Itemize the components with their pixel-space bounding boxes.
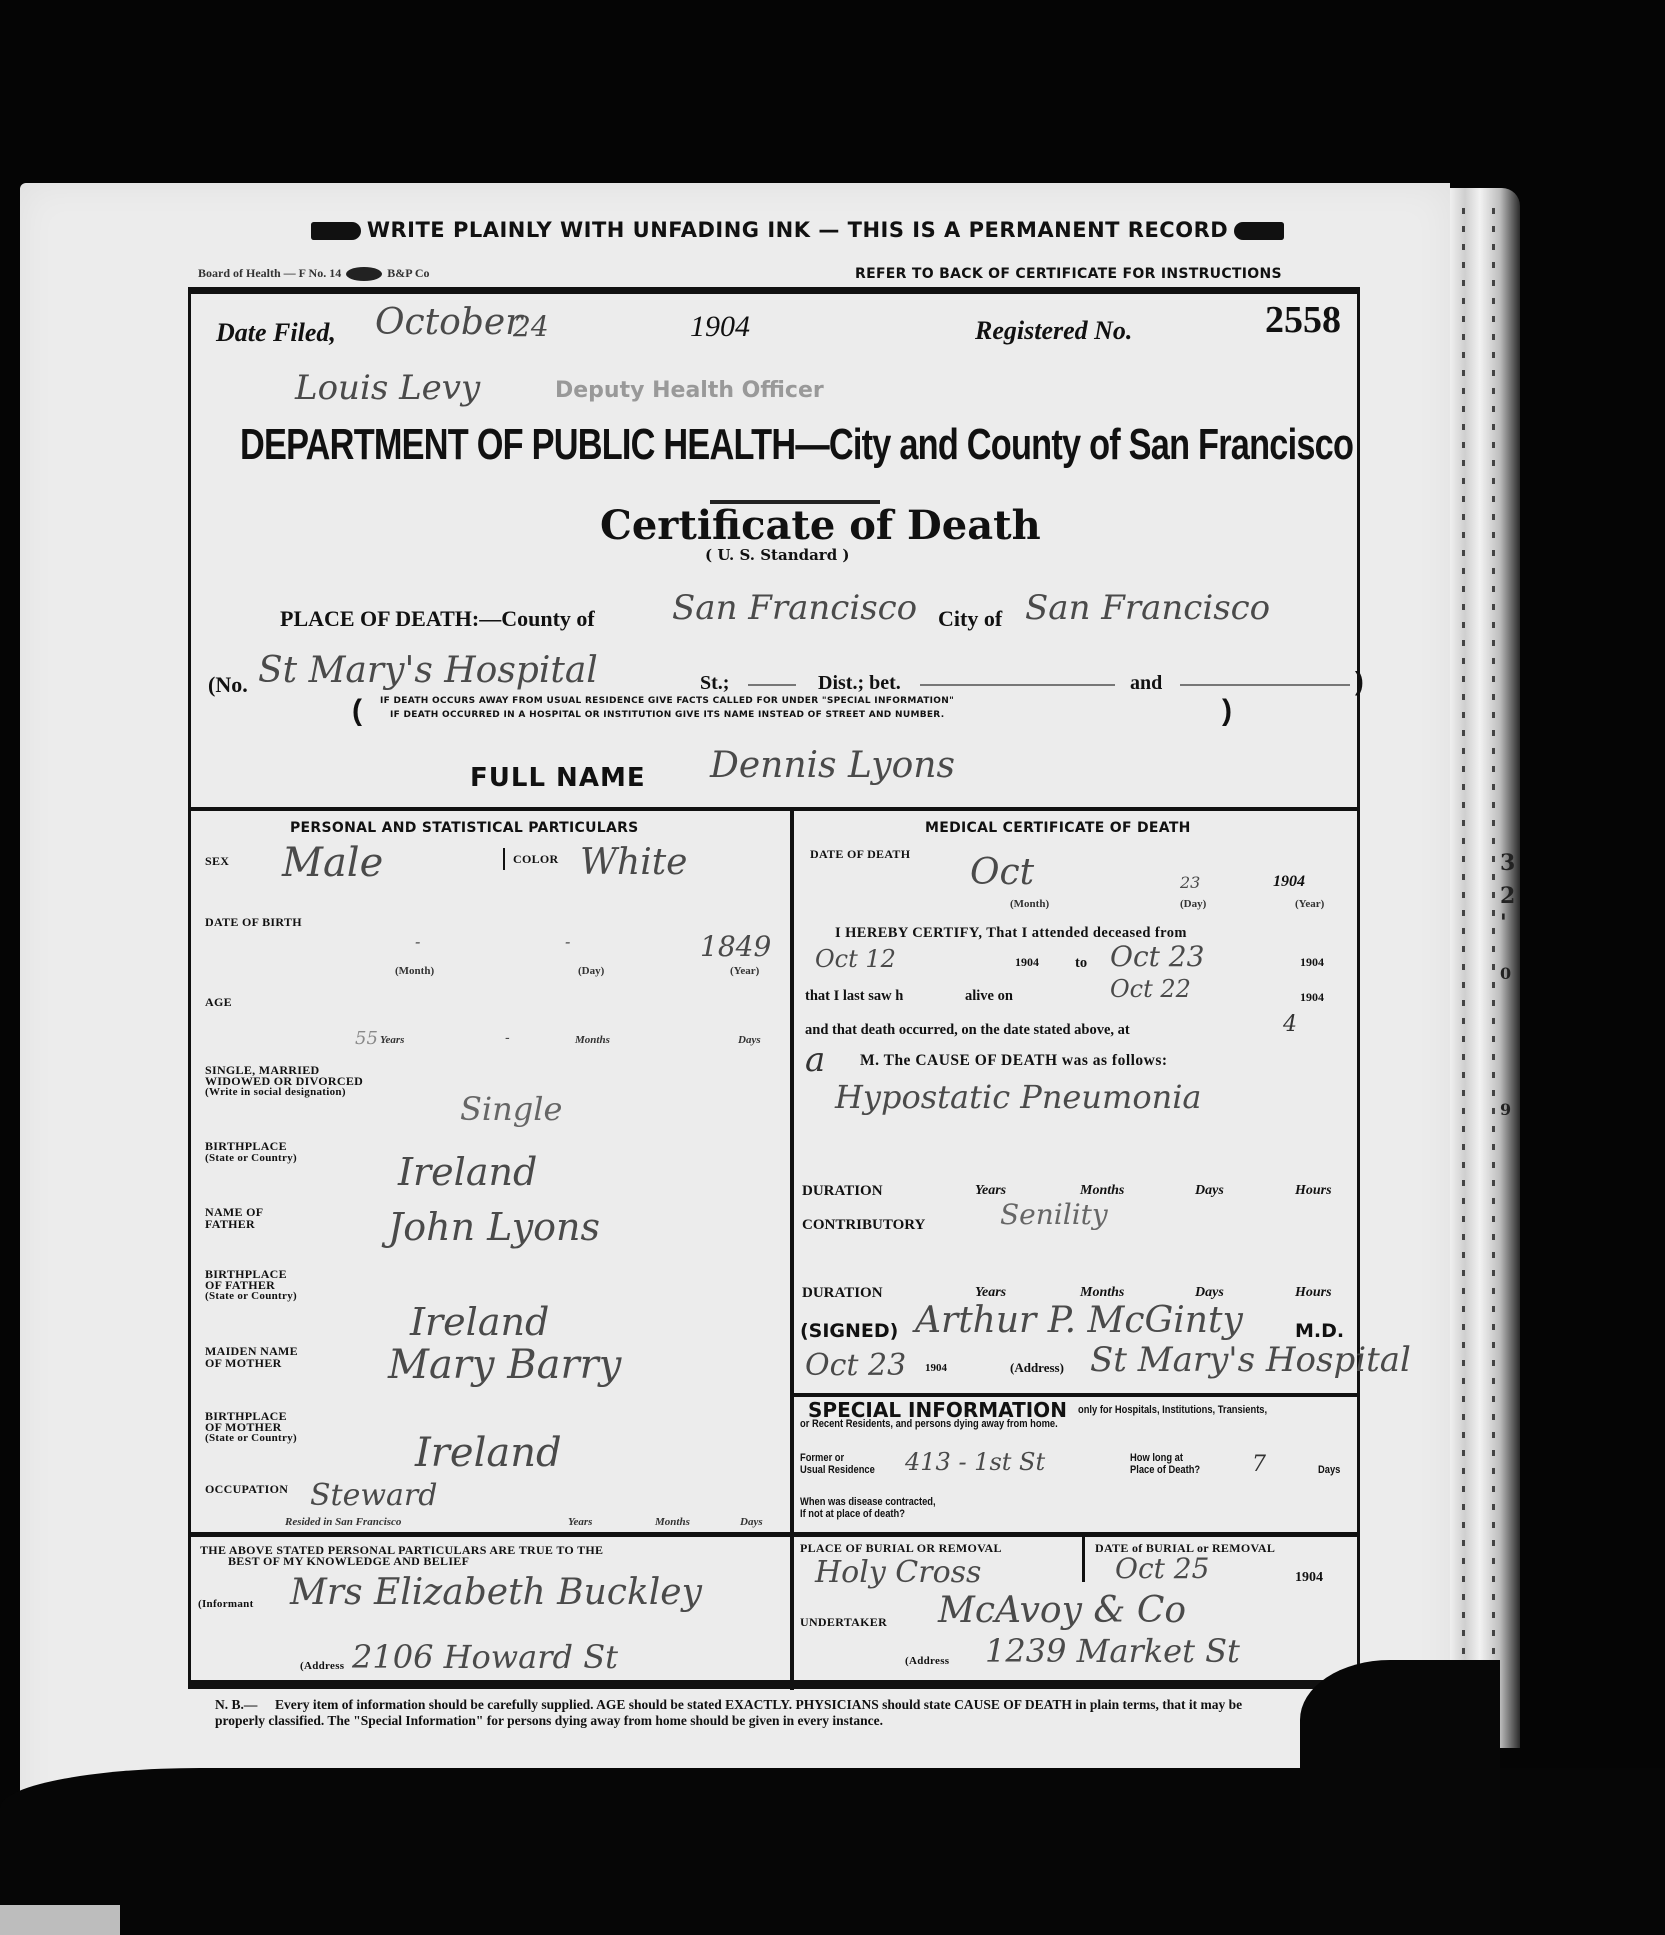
sex-value: Male (282, 840, 383, 886)
residence-label: Former or (800, 1452, 844, 1464)
duration-years-label: Years (975, 1285, 1006, 1301)
instructions-reference: REFER TO BACK OF CERTIFICATE FOR INSTRUC… (855, 266, 1282, 282)
page-edge-mark: 9 (1500, 1100, 1511, 1119)
last-saw-date: Oct 22 (1110, 975, 1191, 1003)
residence-label: Usual Residence (800, 1464, 875, 1476)
undertaker-label: UNDERTAKER (800, 1616, 887, 1628)
personal-section-title: PERSONAL AND STATISTICAL PARTICULARS (290, 820, 639, 836)
date-of-death-year: 1904 (1273, 873, 1305, 891)
duration-days-label: Days (1195, 1183, 1224, 1199)
duration-label: DURATION (802, 1285, 883, 1302)
attended-to-date: Oct 23 (1110, 940, 1204, 973)
father-birthplace-value: Ireland (410, 1300, 549, 1344)
cause-of-death-label: M. The CAUSE OF DEATH was as follows: (860, 1052, 1168, 1070)
blank-line (920, 684, 1115, 686)
time-of-death-hour: 4 (1283, 1012, 1297, 1037)
birthplace-label: BIRTHPLACE (205, 1140, 287, 1152)
age-months-label: Months (575, 1034, 610, 1046)
nb-text: Every item of information should be care… (215, 1697, 1242, 1728)
former-residence: 413 - 1st St (905, 1448, 1045, 1476)
officer-title: Deputy Health Officer (555, 378, 824, 403)
city-label: City of (938, 606, 1002, 632)
duration-hours-label: Hours (1295, 1183, 1332, 1199)
how-long-unit: Days (1318, 1464, 1340, 1476)
age-years-label: Years (380, 1034, 404, 1046)
department-title: DEPARTMENT OF PUBLIC HEALTH—City and Cou… (240, 420, 1353, 470)
dob-year-label: (Year) (730, 965, 759, 977)
age-label: AGE (205, 996, 232, 1008)
dob-day: - (565, 932, 570, 951)
note-close-paren: ) (1222, 694, 1232, 728)
full-name-label: FULL NAME (470, 763, 646, 793)
cause-of-death: Hypostatic Pneumonia (835, 1078, 1202, 1116)
page-edge-mark: 3 (1500, 850, 1515, 876)
medical-section-title: MEDICAL CERTIFICATE OF DEATH (925, 820, 1191, 836)
father-name-value: John Lyons (388, 1205, 600, 1249)
registered-no-label: Registered No. (975, 316, 1132, 346)
occupation-value: Steward (310, 1478, 437, 1513)
page-edge-mark: ' (1500, 910, 1507, 936)
burial-place-label: PLACE OF BURIAL OR REMOVAL (800, 1542, 1002, 1554)
informant-statement: BEST OF MY KNOWLEDGE AND BELIEF (228, 1555, 469, 1567)
union-label-seal-icon (346, 267, 382, 281)
officer-signature: Louis Levy (295, 368, 480, 408)
informant-divider (188, 1532, 792, 1537)
md-label: M.D. (1295, 1320, 1344, 1342)
color-label: COLOR (513, 853, 559, 865)
nb-prefix: N. B.— (215, 1697, 275, 1713)
page-edge-mark: 2 (1500, 883, 1515, 909)
age-months: - (505, 1030, 510, 1046)
nota-bene-footer: N. B.—Every item of information should b… (215, 1697, 1275, 1729)
street-label: St.; (700, 672, 729, 695)
column-divider (790, 810, 794, 1690)
mother-name-label: OF MOTHER (205, 1357, 282, 1369)
attended-from-date: Oct 12 (815, 945, 896, 973)
age-years: 55 (355, 1028, 378, 1049)
last-saw-year: 1904 (1300, 990, 1324, 1005)
how-long-label: Place of Death? (1130, 1464, 1200, 1476)
banner-text: WRITE PLAINLY WITH UNFADING INK — THIS I… (367, 218, 1228, 242)
contracted-label: When was disease contracted, (800, 1496, 936, 1508)
resided-label: Resided in San Francisco (285, 1516, 401, 1528)
birthplace-value: Ireland (398, 1150, 537, 1194)
contributory-cause: Senility (1000, 1198, 1108, 1231)
special-info-subtitle: only for Hospitals, Institutions, Transi… (1078, 1404, 1267, 1416)
undertaker-name: McAvoy & Co (938, 1590, 1186, 1631)
informant-address: 2106 Howard St (352, 1638, 618, 1676)
physician-address: St Mary's Hospital (1090, 1340, 1411, 1380)
dob-day-label: (Day) (578, 965, 604, 977)
certificate-standard: ( U. S. Standard ) (705, 546, 850, 564)
place-note-line1: IF DEATH OCCURS AWAY FROM USUAL RESIDENC… (380, 696, 954, 706)
special-info-divider (792, 1393, 1360, 1397)
resided-months-label: Months (655, 1516, 690, 1528)
dob-year: 1849 (700, 930, 771, 963)
time-of-death-ampm: a (805, 1040, 825, 1080)
scanner-thumb-shadow (1300, 1660, 1500, 1935)
informant-address-label: (Address (300, 1660, 344, 1672)
printer-mark: B&P Co (387, 266, 429, 280)
marital-value: Single (460, 1090, 562, 1128)
attended-from-year: 1904 (1015, 955, 1039, 970)
date-of-death-label: DATE OF DEATH (810, 848, 910, 860)
signed-date: Oct 23 (805, 1348, 906, 1383)
burial-column-divider (1082, 1537, 1085, 1582)
physician-signature: Arthur P. McGinty (915, 1300, 1243, 1341)
attended-to-year: 1904 (1300, 955, 1324, 970)
father-birthplace-label-hint: (State or Country) (205, 1290, 297, 1302)
signed-year: 1904 (925, 1362, 947, 1374)
place-of-death-label: PLACE OF DEATH:—County of (280, 606, 595, 632)
section-divider (188, 807, 1360, 811)
date-filed-year: 1904 (690, 310, 750, 344)
birthplace-label-hint: (State or Country) (205, 1152, 297, 1164)
form-number: Board of Health — F No. 14 (198, 266, 341, 280)
date-filed-month: October (375, 302, 522, 343)
dod-year-label: (Year) (1295, 898, 1324, 910)
father-name-label: FATHER (205, 1218, 255, 1230)
burial-place: Holy Cross (815, 1555, 981, 1590)
pointing-hand-icon (1234, 222, 1284, 240)
page-edge-line (1462, 208, 1465, 1748)
date-filed-day: 24 (513, 310, 549, 343)
occupation-label: OCCUPATION (205, 1483, 288, 1495)
informant-name: Mrs Elizabeth Buckley (290, 1572, 702, 1613)
district-label: Dist.; bet. (818, 672, 901, 695)
last-saw-suffix: alive on (965, 988, 1013, 1005)
registered-no: 2558 (1265, 298, 1341, 342)
to-label: to (1075, 955, 1087, 972)
and-label: and (1130, 672, 1162, 695)
blank-line (748, 684, 796, 686)
place-note-line2: IF DEATH OCCURRED IN A HOSPITAL OR INSTI… (390, 710, 944, 720)
dob-month-label: (Month) (395, 965, 434, 977)
burial-year: 1904 (1295, 1570, 1323, 1586)
mother-birthplace-label-hint: (State or Country) (205, 1432, 297, 1444)
contributory-label: CONTRIBUTORY (802, 1217, 925, 1234)
dob-month: - (415, 932, 420, 951)
color-value: White (580, 842, 687, 883)
duration-label: DURATION (802, 1183, 883, 1200)
date-of-death-day: 23 (1180, 873, 1200, 892)
special-info-subtitle: or Recent Residents, and persons dying a… (800, 1418, 1058, 1430)
how-long-label: How long at (1130, 1452, 1183, 1464)
place-of-death-institution: St Mary's Hospital (258, 650, 598, 691)
certificate-title: Certificate of Death (600, 502, 1041, 549)
undertaker-address: 1239 Market St (985, 1632, 1240, 1670)
full-name-value: Dennis Lyons (710, 745, 955, 786)
place-of-death-city: San Francisco (1025, 588, 1270, 628)
field-separator (503, 848, 505, 870)
marital-label-hint: (Write in social designation) (205, 1086, 346, 1098)
informant-label: (Informant (198, 1598, 254, 1610)
death-occurred-statement: and that death occurred, on the date sta… (805, 1022, 1130, 1039)
form-id: Board of Health — F No. 14 B&P Co (198, 266, 430, 281)
resided-days-label: Days (740, 1516, 763, 1528)
dod-day-label: (Day) (1180, 898, 1206, 910)
physician-address-label: (Address) (1010, 1360, 1064, 1376)
note-open-paren: ( (352, 694, 362, 728)
burial-date: Oct 25 (1115, 1552, 1209, 1585)
mother-birthplace-value: Ireland (415, 1430, 562, 1476)
pointing-hand-icon (311, 222, 361, 240)
close-paren: ) (1355, 666, 1364, 697)
permanent-record-banner: WRITE PLAINLY WITH UNFADING INK — THIS I… (255, 218, 1340, 242)
blank-line (1180, 684, 1350, 686)
page-edge-line (1492, 208, 1495, 1748)
mother-name-value: Mary Barry (388, 1342, 621, 1388)
age-days-label: Days (738, 1034, 761, 1046)
duration-months-label: Months (1080, 1285, 1124, 1301)
contracted-label: If not at place of death? (800, 1508, 905, 1520)
place-of-death-county: San Francisco (672, 588, 917, 628)
duration-months-label: Months (1080, 1183, 1124, 1199)
resided-years-label: Years (568, 1516, 592, 1528)
page-edge-mark: 0 (1500, 964, 1511, 983)
date-of-death-month: Oct (970, 852, 1034, 893)
sex-label: SEX (205, 855, 229, 867)
date-filed-label: Date Filed, (216, 318, 336, 348)
dod-month-label: (Month) (1010, 898, 1049, 910)
how-long-value: 7 (1252, 1452, 1266, 1477)
burial-divider (792, 1532, 1360, 1537)
undertaker-address-label: (Address (905, 1655, 949, 1667)
last-saw-label: that I last saw h (805, 988, 903, 1005)
street-no-label: (No. (208, 672, 248, 698)
paper-scrap (0, 1905, 120, 1935)
duration-years-label: Years (975, 1183, 1006, 1199)
dob-label: DATE OF BIRTH (205, 916, 302, 928)
signed-label: (SIGNED) (800, 1320, 898, 1342)
duration-days-label: Days (1195, 1285, 1224, 1301)
duration-hours-label: Hours (1295, 1285, 1332, 1301)
